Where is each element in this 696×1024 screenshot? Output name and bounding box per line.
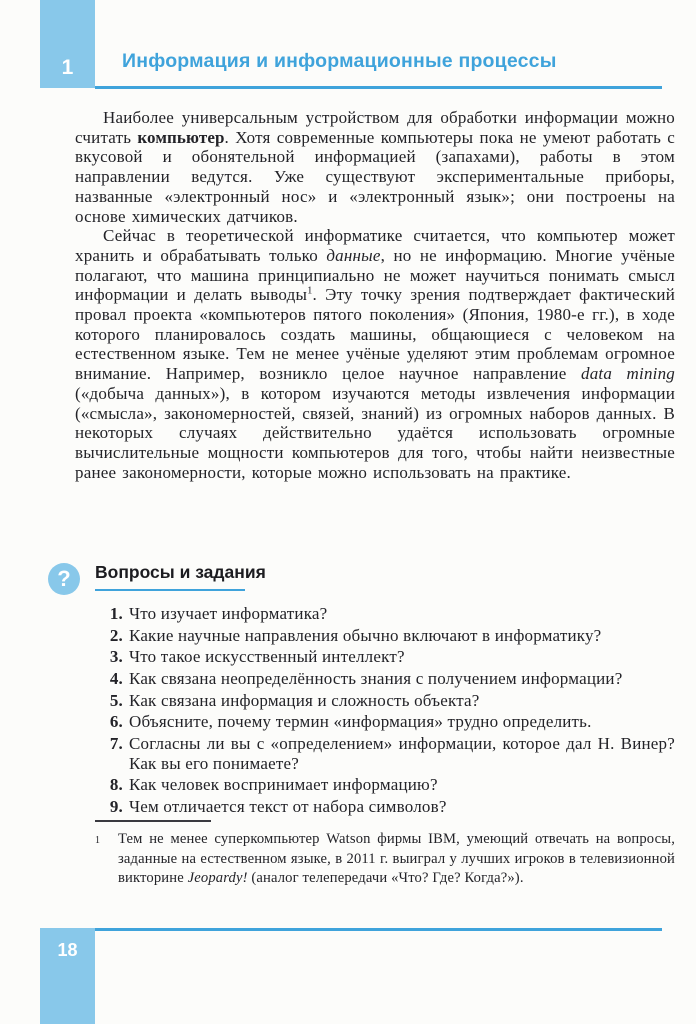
question-number: 4. xyxy=(103,669,123,689)
question-number: 1. xyxy=(103,604,123,624)
question-number: 9. xyxy=(103,797,123,817)
page-number-bar: 18 xyxy=(40,928,95,1024)
page-number: 18 xyxy=(40,940,95,961)
question-item: 5.Как связана информация и сложность объ… xyxy=(103,691,675,711)
question-text: Согласны ли вы с «определением» информац… xyxy=(129,734,675,773)
question-item: 9.Чем отличается текст от набора символо… xyxy=(103,797,675,817)
footnote: 1 Тем не менее суперкомпьютер Watson фир… xyxy=(75,820,675,889)
question-number: 3. xyxy=(103,647,123,667)
footnote-body: 1 Тем не менее суперкомпьютер Watson фир… xyxy=(75,830,675,889)
question-text: Объясните, почему термин «информация» тр… xyxy=(129,712,675,732)
questions-heading-underline xyxy=(95,589,245,591)
paragraph: Наиболее универсальным устройством для о… xyxy=(75,108,675,226)
questions-section: ? Вопросы и задания 1.Что изучает информ… xyxy=(75,562,675,819)
question-item: 8.Как человек воспринимает информацию? xyxy=(103,775,675,795)
question-item: 4.Как связана неопределённость знания с … xyxy=(103,669,675,689)
footer-rule xyxy=(95,928,662,931)
question-text: Что изучает информатика? xyxy=(129,604,675,624)
questions-list: 1.Что изучает информатика?2.Какие научны… xyxy=(75,604,675,817)
question-item: 7.Согласны ли вы с «определением» информ… xyxy=(103,734,675,773)
chapter-title: Информация и информационные процессы xyxy=(122,50,557,73)
question-number: 6. xyxy=(103,712,123,732)
footnote-rule xyxy=(95,820,211,822)
questions-heading-row: ? Вопросы и задания xyxy=(75,562,675,591)
question-number: 8. xyxy=(103,775,123,795)
question-text: Как связана информация и сложность объек… xyxy=(129,691,675,711)
question-number: 7. xyxy=(103,734,123,773)
question-text: Чем отличается текст от набора символов? xyxy=(129,797,675,817)
footnote-text: Тем не менее суперкомпьютер Watson фирмы… xyxy=(118,830,675,889)
question-item: 6.Объясните, почему термин «информация» … xyxy=(103,712,675,732)
footnote-marker: 1 xyxy=(95,830,118,889)
question-mark-icon: ? xyxy=(48,563,80,595)
body-text: Наиболее универсальным устройством для о… xyxy=(75,108,675,482)
textbook-page: 1 Информация и информационные процессы Н… xyxy=(0,0,696,1024)
chapter-number: 1 xyxy=(40,56,95,80)
question-text: Как связана неопределённость знания с по… xyxy=(129,669,675,689)
question-item: 1.Что изучает информатика? xyxy=(103,604,675,624)
paragraph: Сейчас в теоретической информатике счита… xyxy=(75,226,675,482)
question-text: Какие научные направления обычно включаю… xyxy=(129,626,675,646)
question-item: 3.Что такое искусственный интеллект? xyxy=(103,647,675,667)
question-text: Что такое искусственный интеллект? xyxy=(129,647,675,667)
chapter-number-box: 1 xyxy=(40,0,95,88)
questions-heading: Вопросы и задания xyxy=(95,562,675,583)
question-text: Как человек воспринимает информацию? xyxy=(129,775,675,795)
question-number: 2. xyxy=(103,626,123,646)
header-rule xyxy=(95,86,662,89)
question-number: 5. xyxy=(103,691,123,711)
question-item: 2.Какие научные направления обычно включ… xyxy=(103,626,675,646)
